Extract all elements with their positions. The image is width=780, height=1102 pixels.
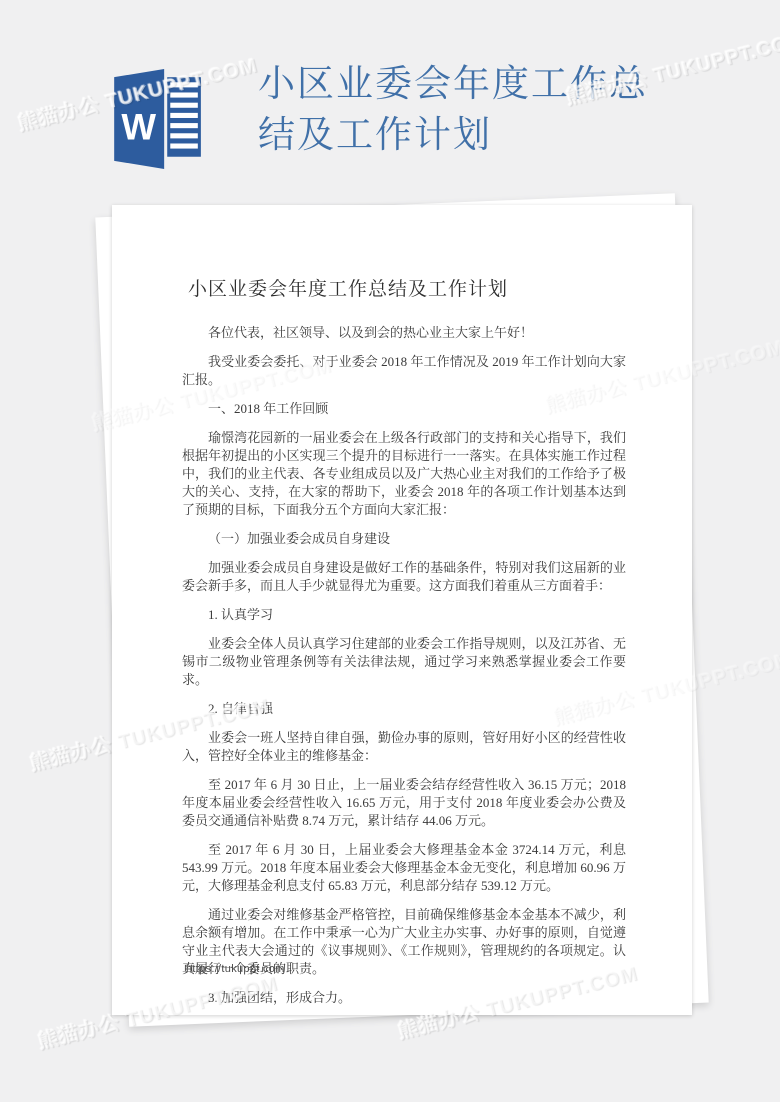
page-title: 小区业委会年度工作总结及工作计划 xyxy=(258,58,668,160)
doc-paragraph: 至 2017 年 6 月 30 日，上届业委会大修理基金本金 3724.14 万… xyxy=(182,841,626,895)
doc-body: 各位代表，社区领导、以及到会的热心业主大家上午好！我受业委会委托、对于业委会 2… xyxy=(182,324,626,1007)
doc-paragraph: 业委会一班人坚持自律自强，勤俭办事的原则，管好用好小区的经营性收入，管控好全体业… xyxy=(182,729,626,765)
doc-paragraph: 我受业委会委托、对于业委会 2018 年工作情况及 2019 年工作计划向大家汇… xyxy=(182,353,626,389)
word-icon: W xyxy=(105,68,207,170)
doc-paragraph: 各位代表，社区领导、以及到会的热心业主大家上午好！ xyxy=(182,324,626,342)
doc-paragraph: 1. 认真学习 xyxy=(182,606,626,624)
doc-footer-url: https://tukuppt.com xyxy=(186,963,285,975)
doc-paragraph: 3. 加强团结，形成合力。 xyxy=(182,989,626,1007)
doc-paragraph: 瑜憬湾花园新的一届业委会在上级各行政部门的支持和关心指导下，我们根据年初提出的小… xyxy=(182,429,626,519)
doc-title: 小区业委会年度工作总结及工作计划 xyxy=(188,277,626,303)
doc-content: 小区业委会年度工作总结及工作计划 各位代表，社区领导、以及到会的热心业主大家上午… xyxy=(112,205,692,1015)
header: W 小区业委会年度工作总结及工作计划 xyxy=(0,0,780,200)
doc-paragraph: 2. 自律自强 xyxy=(182,700,626,718)
doc-paragraph: 加强业委会成员自身建设是做好工作的基础条件，特别对我们这届新的业委会新手多，而且… xyxy=(182,559,626,595)
doc-paragraph: （一）加强业委会成员自身建设 xyxy=(182,530,626,548)
doc-paragraph: 业委会全体人员认真学习住建部的业委会工作指导规则，以及江苏省、无锡市二级物业管理… xyxy=(182,635,626,689)
doc-page: 小区业委会年度工作总结及工作计划 各位代表，社区领导、以及到会的热心业主大家上午… xyxy=(112,205,692,1015)
doc-paragraph: 至 2017 年 6 月 30 日止，上一届业委会结存经营性收入 36.15 万… xyxy=(182,776,626,830)
doc-paragraph: 一、2018 年工作回顾 xyxy=(182,400,626,418)
word-icon-letter: W xyxy=(121,106,156,147)
